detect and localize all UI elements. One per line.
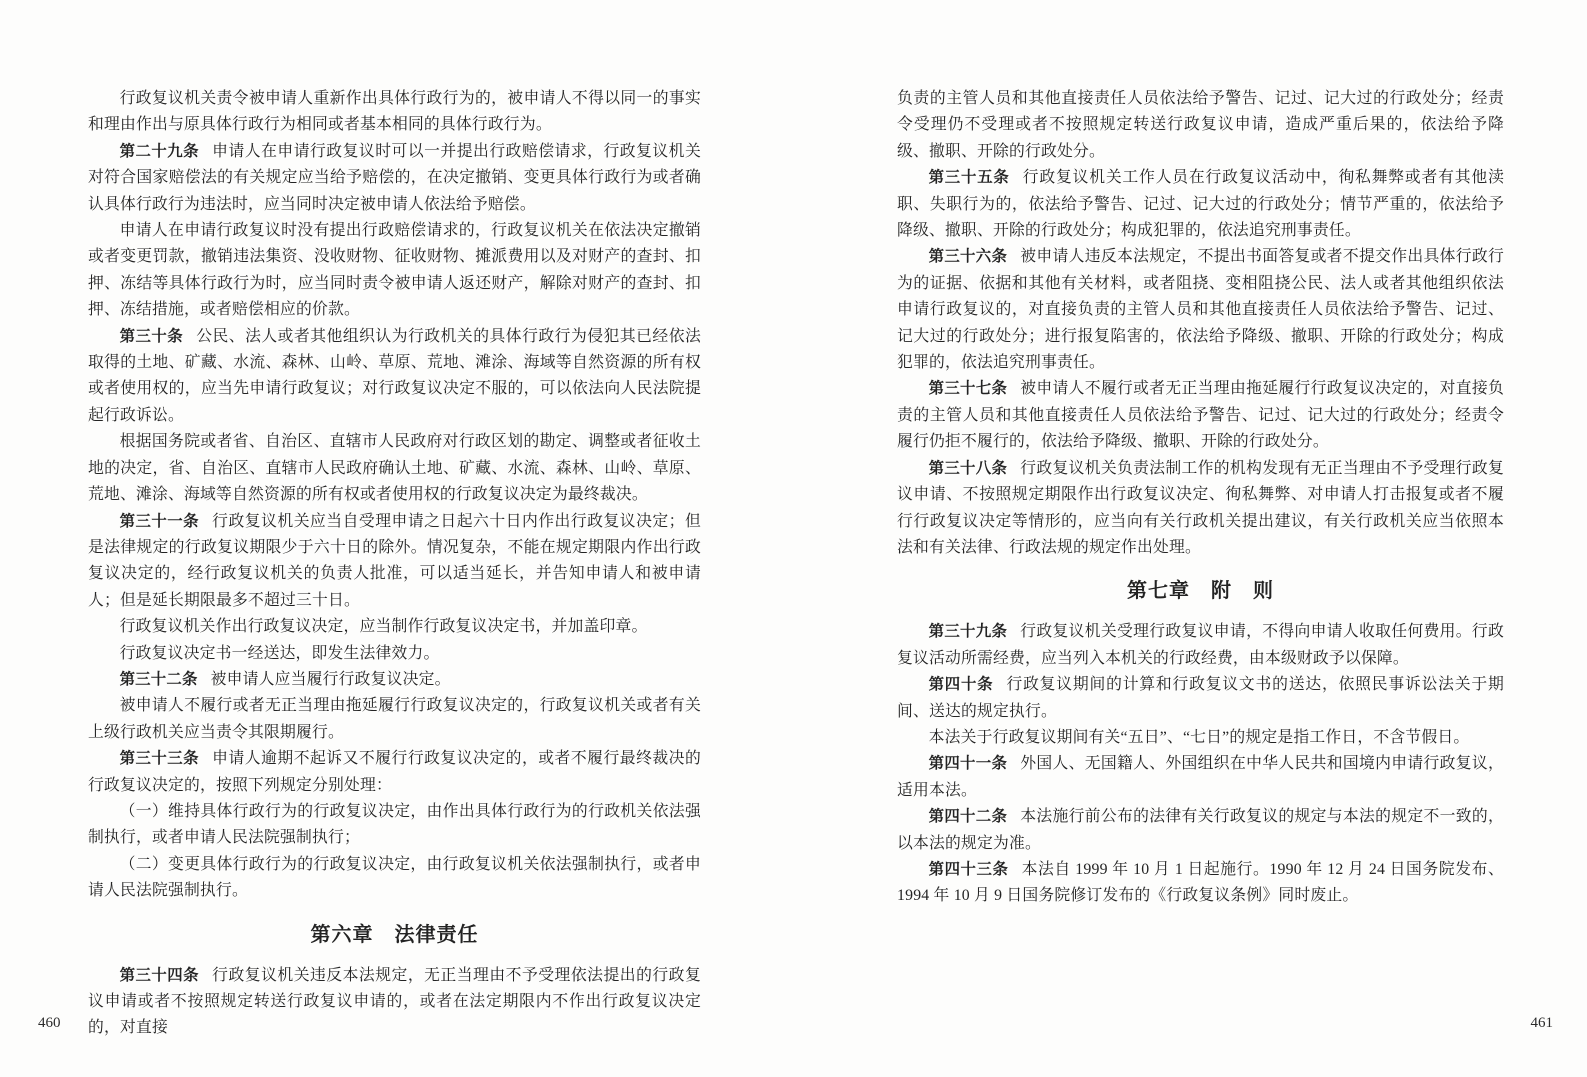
article-paragraph: 第三十四条行政复议机关违反本法规定，无正当理由不予受理依法提出的行政复议申请或者… xyxy=(88,963,701,1042)
article-number: 第四十一条 xyxy=(929,755,1008,772)
article-number: 第四十条 xyxy=(929,676,994,693)
article-number: 第三十九条 xyxy=(929,623,1008,640)
paragraph: 负责的主管人员和其他直接责任人员依法给予警告、记过、记大过的行政处分；经责令受理… xyxy=(897,86,1504,165)
article-paragraph: 第三十八条行政复议机关负责法制工作的机构发现有无正当理由不予受理行政复议申请、不… xyxy=(897,456,1504,562)
paragraph: 行政复议机关责令被申请人重新作出具体行政行为的，被申请人不得以同一的事实和理由作… xyxy=(88,86,701,139)
article-paragraph: 第四十三条本法自 1999 年 10 月 1 日起施行。1990 年 12 月 … xyxy=(897,857,1504,910)
page-left: 行政复议机关责令被申请人重新作出具体行政行为的，被申请人不得以同一的事实和理由作… xyxy=(88,86,701,1042)
paragraph: 根据国务院或者省、自治区、直辖市人民政府对行政区划的勘定、调整或者征收土地的决定… xyxy=(88,429,701,508)
article-paragraph: 第三十条公民、法人或者其他组织认为行政机关的具体行政行为侵犯其已经依法取得的土地… xyxy=(88,324,701,430)
article-paragraph: 第三十三条申请人逾期不起诉又不履行行政复议决定的，或者不履行最终裁决的行政复议决… xyxy=(88,746,701,799)
article-number: 第三十三条 xyxy=(120,750,200,767)
article-number: 第四十二条 xyxy=(929,808,1008,825)
article-number: 第二十九条 xyxy=(120,143,200,160)
article-number: 第四十三条 xyxy=(929,861,1009,878)
paragraph: 本法关于行政复议期间有关“五日”、“七日”的规定是指工作日，不含节假日。 xyxy=(897,725,1504,751)
article-paragraph: 第四十条行政复议期间的计算和行政复议文书的送达，依照民事诉讼法关于期间、送达的规… xyxy=(897,672,1504,725)
page-number-right: 461 xyxy=(1531,1016,1554,1031)
paragraph: （一）维持具体行政行为的行政复议决定，由作出具体行政行为的行政机关依法强制执行，… xyxy=(88,799,701,852)
article-number: 第三十六条 xyxy=(929,248,1008,265)
article-number: 第三十七条 xyxy=(929,380,1008,397)
article-number: 第三十八条 xyxy=(929,460,1008,477)
paragraph: 行政复议机关作出行政复议决定，应当制作行政复议决定书，并加盖印章。 xyxy=(88,614,701,640)
article-paragraph: 第三十一条行政复议机关应当自受理申请之日起六十日内作出行政复议决定；但是法律规定… xyxy=(88,509,701,615)
article-number: 第三十条 xyxy=(120,328,184,345)
chapter-heading: 第七章 附 则 xyxy=(897,578,1504,604)
chapter-heading: 第六章 法律责任 xyxy=(88,922,701,948)
article-paragraph: 第四十二条本法施行前公布的法律有关行政复议的规定与本法的规定不一致的，以本法的规… xyxy=(897,804,1504,857)
article-paragraph: 第三十九条行政复议机关受理行政复议申请，不得向申请人收取任何费用。行政复议活动所… xyxy=(897,619,1504,672)
article-paragraph: 第二十九条申请人在申请行政复议时可以一并提出行政赔偿请求，行政复议机关对符合国家… xyxy=(88,139,701,218)
article-number: 第三十五条 xyxy=(929,169,1010,186)
article-number: 第三十一条 xyxy=(120,513,200,530)
paragraph: （二）变更具体行政行为的行政复议决定，由行政复议机关依法强制执行，或者申请人民法… xyxy=(88,852,701,905)
article-paragraph: 第三十二条被申请人应当履行行政复议决定。 xyxy=(88,667,701,693)
page-number-left: 460 xyxy=(38,1016,61,1031)
article-paragraph: 第四十一条外国人、无国籍人、外国组织在中华人民共和国境内申请行政复议，适用本法。 xyxy=(897,751,1504,804)
article-paragraph: 第三十七条被申请人不履行或者无正当理由拖延履行行政复议决定的，对直接负责的主管人… xyxy=(897,376,1504,455)
article-paragraph: 第三十五条行政复议机关工作人员在行政复议活动中，徇私舞弊或者有其他渎职、失职行为… xyxy=(897,165,1504,244)
book-spread-scan: { "document": { "kind": "law-book-spread… xyxy=(0,0,1587,1077)
article-number: 第三十二条 xyxy=(120,671,198,688)
paragraph: 申请人在申请行政复议时没有提出行政赔偿请求的，行政复议机关在依法决定撤销或者变更… xyxy=(88,218,701,324)
book-spread: 行政复议机关责令被申请人重新作出具体行政行为的，被申请人不得以同一的事实和理由作… xyxy=(0,0,1587,1077)
paragraph: 行政复议决定书一经送达，即发生法律效力。 xyxy=(88,641,701,667)
article-paragraph: 第三十六条被申请人违反本法规定，不提出书面答复或者不提交作出具体行政行为的证据、… xyxy=(897,244,1504,376)
page-right: 负责的主管人员和其他直接责任人员依法给予警告、记过、记大过的行政处分；经责令受理… xyxy=(897,86,1504,910)
article-number: 第三十四条 xyxy=(120,967,200,984)
paragraph: 被申请人不履行或者无正当理由拖延履行行政复议决定的，行政复议机关或者有关上级行政… xyxy=(88,693,701,746)
